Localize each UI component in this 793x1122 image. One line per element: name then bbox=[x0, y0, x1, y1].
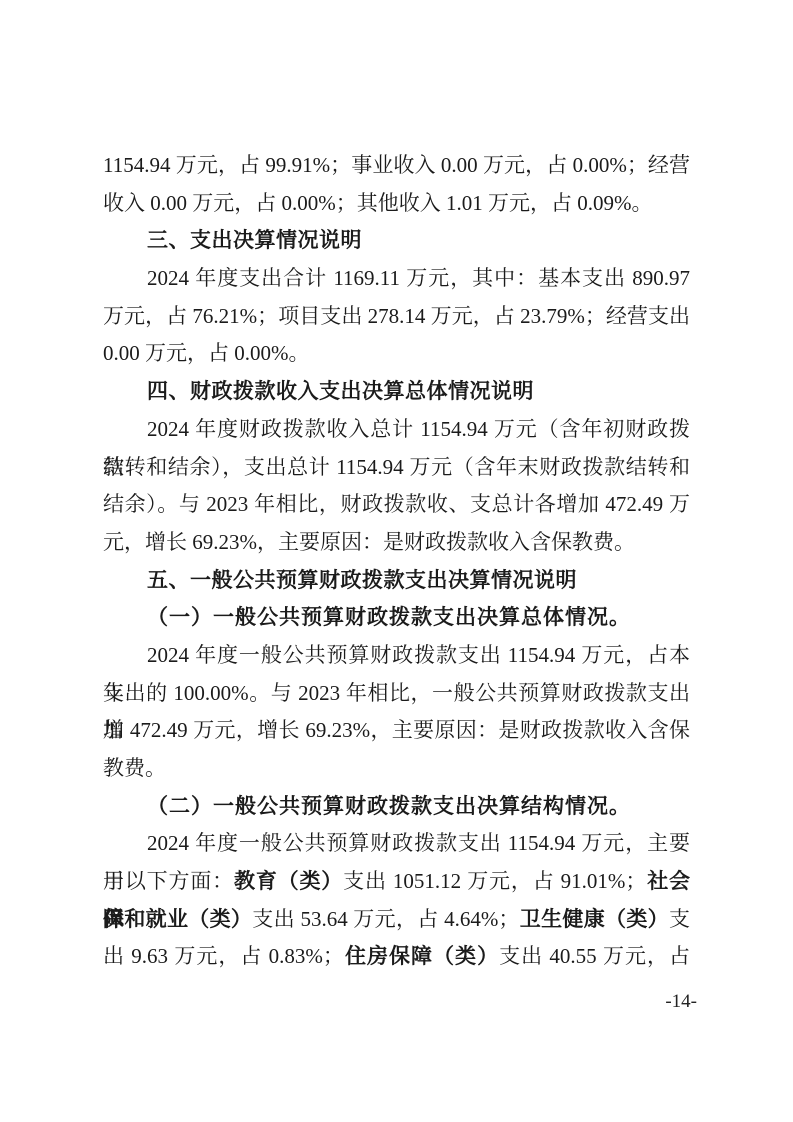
page-number: -14- bbox=[0, 990, 697, 1014]
text-line: 万元，占 76.21%；项目支出 278.14 万元，占 23.79%；经营支出 bbox=[103, 298, 690, 336]
section-heading: 五、一般公共预算财政拨款支出决算情况说明 bbox=[103, 562, 690, 600]
text-segment: 收入 0.00 万元，占 0.00%；其他收入 1.01 万元，占 0.09%。 bbox=[103, 191, 653, 215]
text-segment: 支 bbox=[669, 907, 690, 931]
text-line: 障和就业（类）支出 53.64 万元，占 4.64%；卫生健康（类）支 bbox=[103, 901, 690, 939]
text-segment: 支出 1051.12 万元，占 91.01%； bbox=[343, 869, 646, 893]
text-segment: 1154.94 万元，占 99.91%；事业收入 0.00 万元，占 0.00%… bbox=[103, 153, 690, 177]
bold-text-segment: 障和就业（类） bbox=[103, 908, 252, 931]
text-segment: 于以下方面： bbox=[103, 869, 234, 893]
text-line: 出 9.63 万元，占 0.83%；住房保障（类）支出 40.55 万元，占 bbox=[103, 938, 690, 976]
section-heading: （一）一般公共预算财政拨款支出决算总体情况。 bbox=[103, 599, 690, 637]
text-segment: 结转和结余），支出总计 1154.94 万元（含年末财政拨款结转和 bbox=[103, 455, 690, 479]
text-segment: 支出 40.55 万元，占 bbox=[499, 944, 690, 968]
text-segment: 加 472.49 万元，增长 69.23%，主要原因：是财政拨款收入含保 bbox=[103, 718, 690, 742]
bold-text-segment: 三、支出决算情况说明 bbox=[147, 229, 362, 252]
bold-text-segment: （二）一般公共预算财政拨款支出决算结构情况。 bbox=[147, 795, 631, 818]
text-line: 2024 年度财政拨款收入总计 1154.94 万元（含年初财政拨款 bbox=[103, 411, 690, 449]
text-line: 支出的 100.00%。与 2023 年相比，一般公共预算财政拨款支出增 bbox=[103, 675, 690, 713]
bold-text-segment: （一）一般公共预算财政拨款支出决算总体情况。 bbox=[147, 606, 631, 629]
bold-text-segment: 教育（类） bbox=[234, 870, 343, 893]
text-line: 于以下方面：教育（类）支出 1051.12 万元，占 91.01%；社会保 bbox=[103, 863, 690, 901]
text-line: 结转和结余），支出总计 1154.94 万元（含年末财政拨款结转和 bbox=[103, 449, 690, 487]
text-line: 加 472.49 万元，增长 69.23%，主要原因：是财政拨款收入含保 bbox=[103, 712, 690, 750]
section-heading: 四、财政拨款收入支出决算总体情况说明 bbox=[103, 373, 690, 411]
document-body: 1154.94 万元，占 99.91%；事业收入 0.00 万元，占 0.00%… bbox=[103, 147, 690, 976]
text-segment: 2024 年度支出合计 1169.11 万元，其中：基本支出 890.97 bbox=[147, 266, 690, 290]
bold-text-segment: 卫生健康（类） bbox=[519, 908, 669, 931]
text-line: 0.00 万元，占 0.00%。 bbox=[103, 335, 690, 373]
text-line: 元，增长 69.23%，主要原因：是财政拨款收入含保教费。 bbox=[103, 524, 690, 562]
text-segment: 0.00 万元，占 0.00%。 bbox=[103, 341, 310, 365]
text-line: 2024 年度一般公共预算财政拨款支出 1154.94 万元，占本年 bbox=[103, 637, 690, 675]
text-segment: 支出 53.64 万元，占 4.64%； bbox=[252, 907, 519, 931]
text-line: 1154.94 万元，占 99.91%；事业收入 0.00 万元，占 0.00%… bbox=[103, 147, 690, 185]
bold-text-segment: 住房保障（类） bbox=[344, 945, 499, 968]
text-segment: 出 9.63 万元，占 0.83%； bbox=[103, 944, 344, 968]
text-line: 2024 年度一般公共预算财政拨款支出 1154.94 万元，主要用 bbox=[103, 825, 690, 863]
text-segment: 结余）。与 2023 年相比，财政拨款收、支总计各增加 472.49 万 bbox=[103, 492, 690, 516]
text-line: 教费。 bbox=[103, 750, 690, 788]
text-line: 2024 年度支出合计 1169.11 万元，其中：基本支出 890.97 bbox=[103, 260, 690, 298]
text-line: 收入 0.00 万元，占 0.00%；其他收入 1.01 万元，占 0.09%。 bbox=[103, 185, 690, 223]
text-segment: 万元，占 76.21%；项目支出 278.14 万元，占 23.79%；经营支出 bbox=[103, 304, 690, 328]
text-line: 结余）。与 2023 年相比，财政拨款收、支总计各增加 472.49 万 bbox=[103, 486, 690, 524]
document-page: 1154.94 万元，占 99.91%；事业收入 0.00 万元，占 0.00%… bbox=[0, 0, 793, 1122]
section-heading: （二）一般公共预算财政拨款支出决算结构情况。 bbox=[103, 788, 690, 826]
bold-text-segment: 五、一般公共预算财政拨款支出决算情况说明 bbox=[147, 569, 577, 592]
text-segment: 教费。 bbox=[103, 756, 166, 780]
text-segment: 元，增长 69.23%，主要原因：是财政拨款收入含保教费。 bbox=[103, 530, 635, 554]
section-heading: 三、支出决算情况说明 bbox=[103, 222, 690, 260]
bold-text-segment: 四、财政拨款收入支出决算总体情况说明 bbox=[147, 380, 534, 403]
